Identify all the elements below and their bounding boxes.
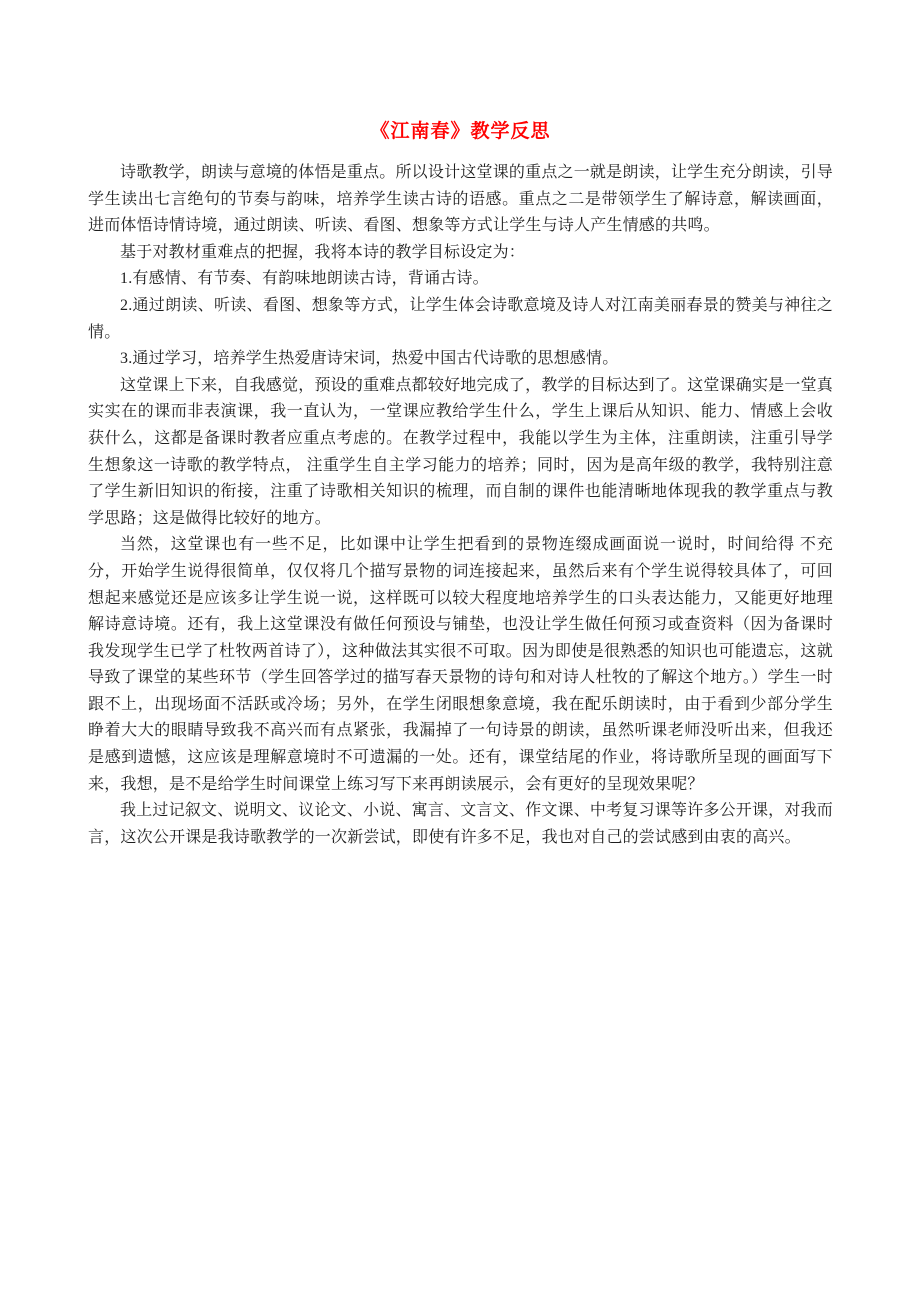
- paragraph-goal-2: 2.通过朗读、听读、看图、想象等方式，让学生体会诗歌意境及诗人对江南美丽春景的赞…: [88, 293, 833, 346]
- paragraph-goal-3: 3.通过学习，培养学生热爱唐诗宋词，热爱中国古代诗歌的思想感情。: [88, 346, 833, 373]
- paragraph-goal-1: 1.有感情、有节奏、有韵味地朗读古诗，背诵古诗。: [88, 266, 833, 293]
- document-page: 《江南春》教学反思 诗歌教学，朗读与意境的体悟是重点。所以设计这堂课的重点之一就…: [0, 0, 920, 1302]
- paragraph-conclusion: 我上过记叙文、说明文、议论文、小说、寓言、文言文、作文课、中考复习课等许多公开课…: [88, 798, 833, 851]
- paragraph-goals-lead: 基于对教材重难点的把握，我将本诗的教学目标设定为：: [88, 240, 833, 267]
- document-body: 诗歌教学，朗读与意境的体悟是重点。所以设计这堂课的重点之一就是朗读，让学生充分朗…: [88, 160, 833, 851]
- document-title: 《江南春》教学反思: [88, 118, 833, 146]
- paragraph-shortcomings: 当然，这堂课也有一些不足，比如课中让学生把看到的景物连缀成画面说一说时，时间给得…: [88, 532, 833, 798]
- paragraph-intro: 诗歌教学，朗读与意境的体悟是重点。所以设计这堂课的重点之一就是朗读，让学生充分朗…: [88, 160, 833, 240]
- paragraph-strengths: 这堂课上下来，自我感觉，预设的重难点都较好地完成了，教学的目标达到了。这堂课确实…: [88, 373, 833, 533]
